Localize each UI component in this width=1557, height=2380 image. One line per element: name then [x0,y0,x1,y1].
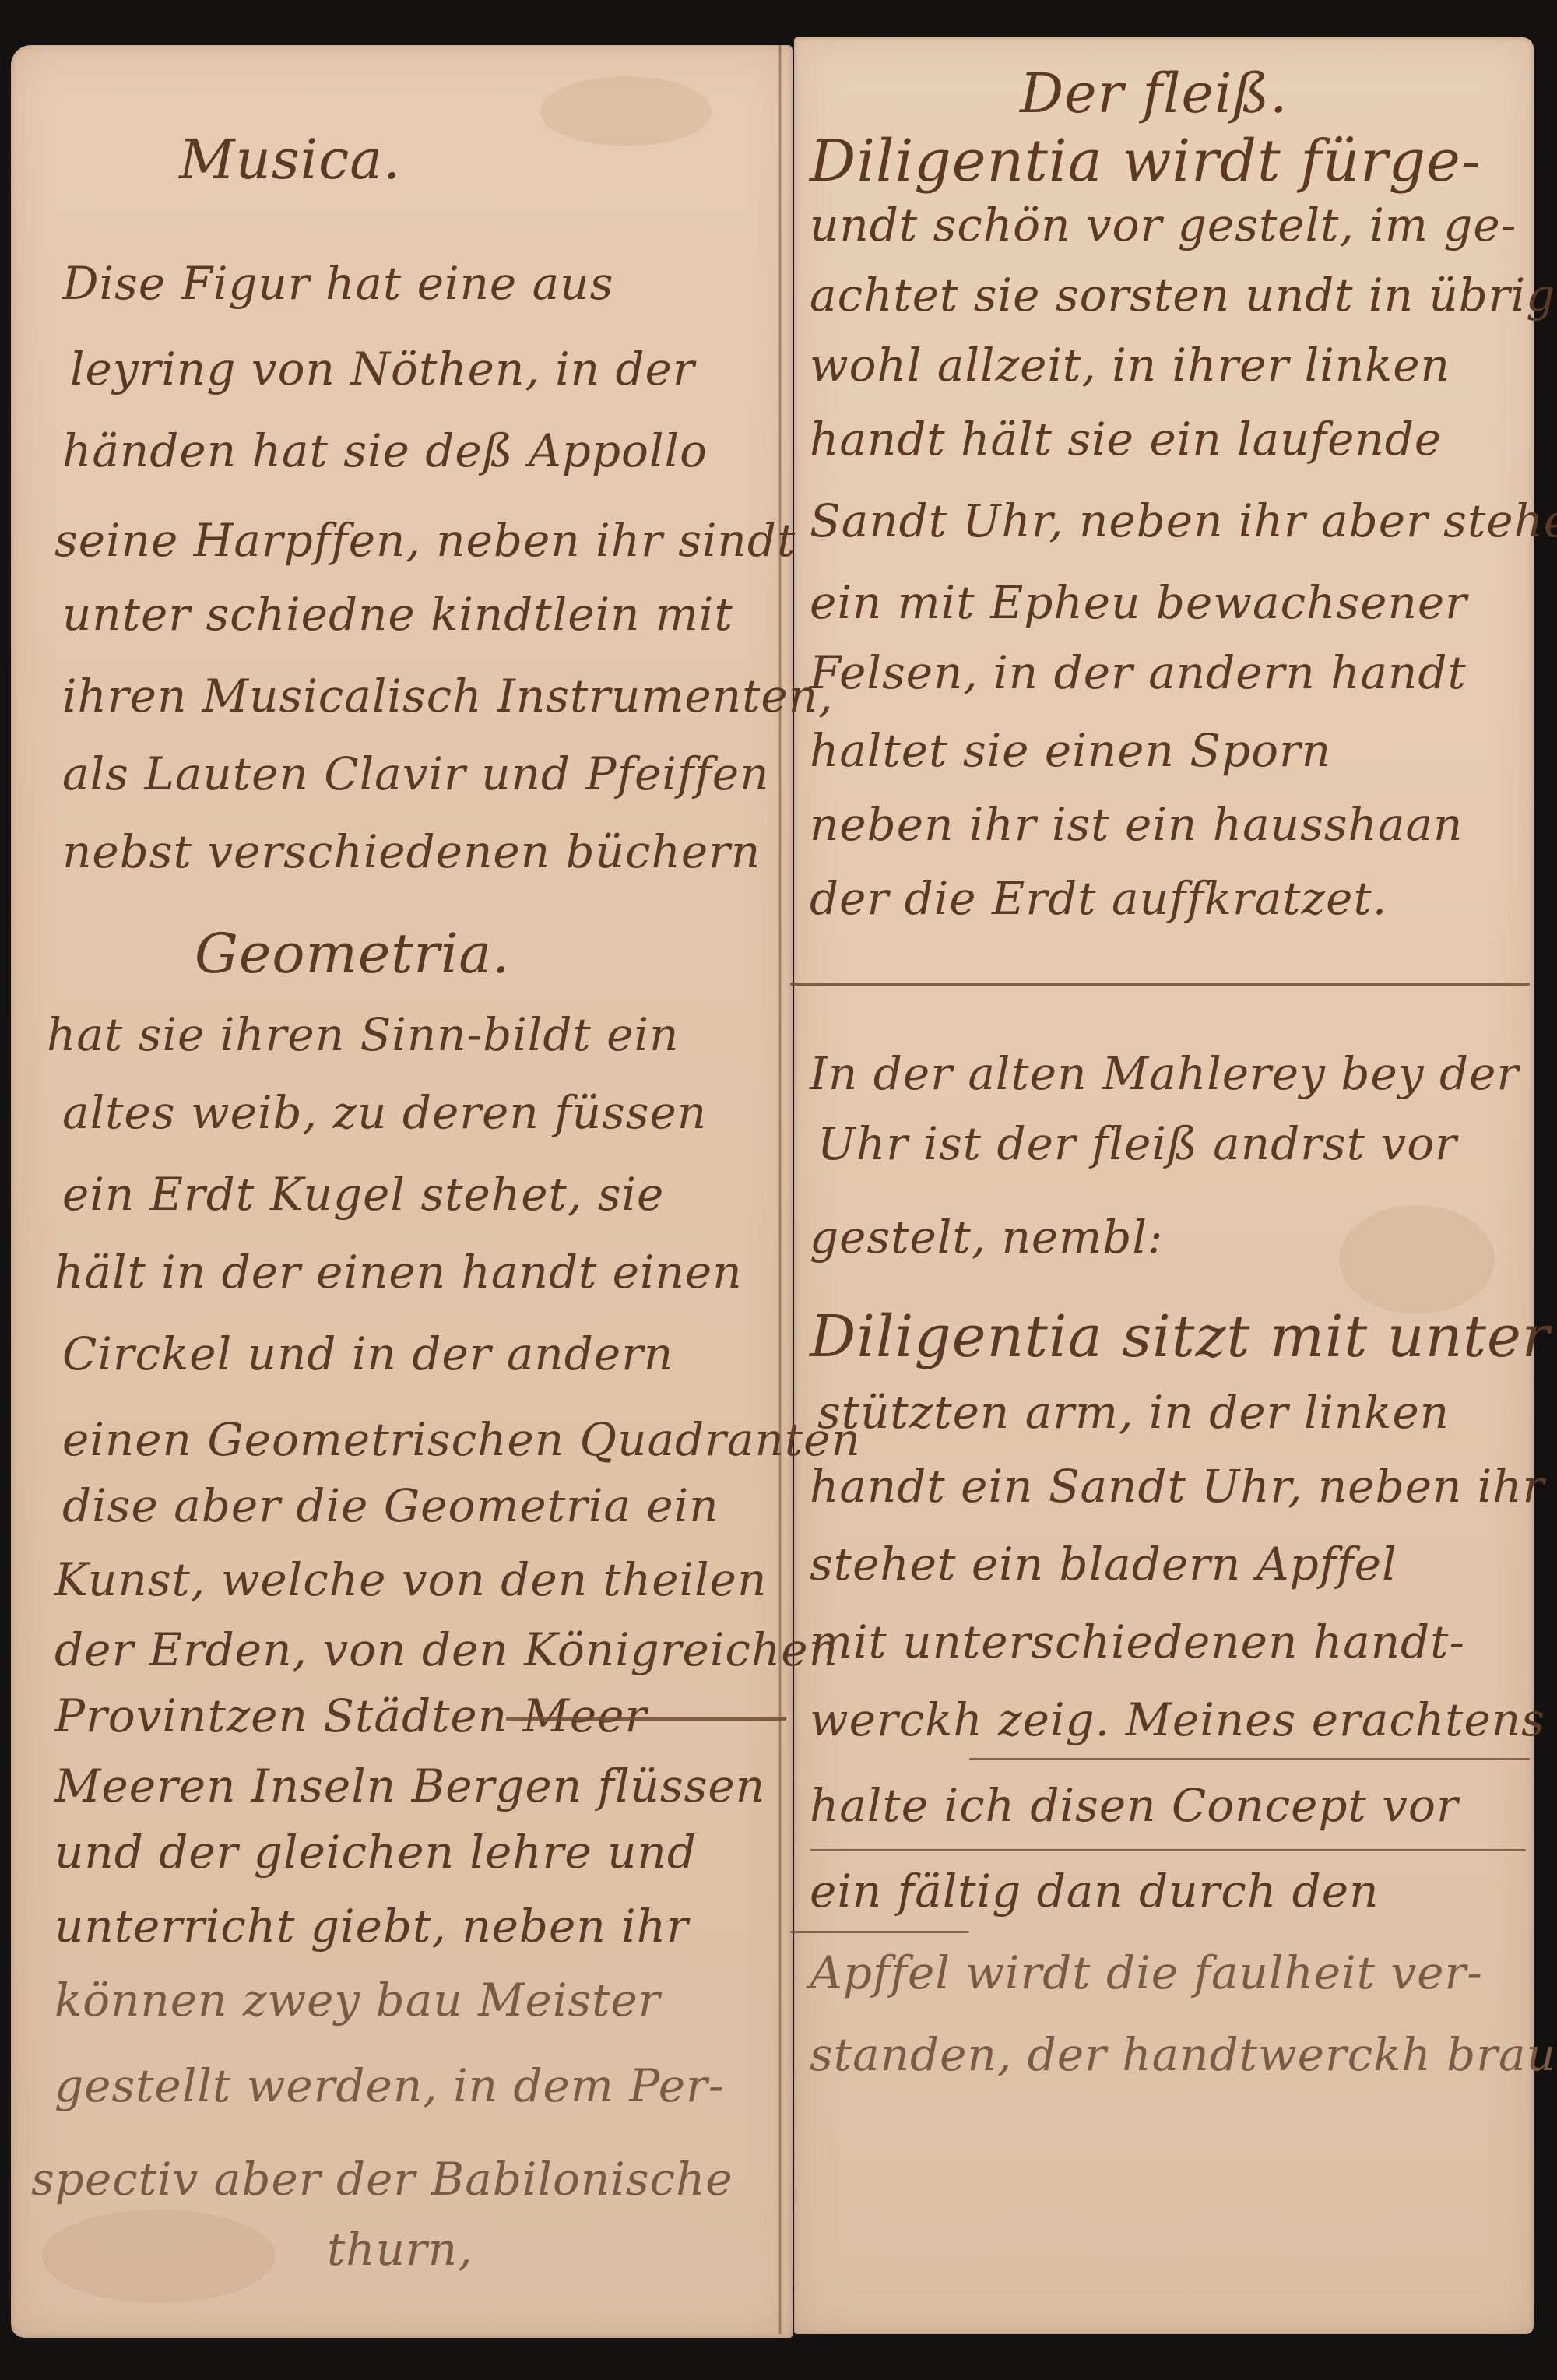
text-line: unterricht giebt, neben ihr [54,1904,689,1949]
text-line: thurn, [327,2227,473,2272]
text-line: ihren Musicalisch Instrumenten, [62,673,834,719]
text-line: der Erden, von den Königreichen [54,1627,838,1672]
text-line: neben ihr ist ein hausshaan [810,802,1463,847]
text-line: Dise Figur hat eine aus [62,261,613,306]
text-line: undt schön vor gestelt, im ge- [810,202,1517,248]
text-line: stützten arm, in der linken [817,1390,1450,1435]
text-line: nebst verschiedenen büchern [62,829,761,874]
text-line: Sandt Uhr, neben ihr aber stehet [810,498,1557,543]
text-line: werckh zeig. Meines erachtens [810,1697,1545,1742]
text-line: Felsen, in der andern handt [810,650,1467,695]
text-line: seine Harpffen, neben ihr sindt [54,518,796,563]
text-line: mit unterschiedenen handt- [810,1619,1465,1665]
text-line: als Lauten Clavir und Pfeiffen [62,751,769,796]
underline-mark [969,1758,1530,1760]
text-line: stehet ein bladern Apffel [810,1542,1397,1587]
text-line: und der gleichen lehre und [54,1830,697,1875]
text-line: Meeren Inseln Bergen flüssen [54,1763,765,1809]
paper-stain [42,2209,276,2303]
text-line: der die Erdt auffkratzet. [810,876,1387,921]
text-line: haltet sie einen Sporn [810,728,1331,773]
text-line: ein mit Epheu bewachsener [810,580,1467,625]
text-line: altes weib, zu deren füssen [62,1090,707,1135]
text-line: Apffel wirdt die faulheit ver- [810,1950,1483,1995]
text-line: spectiv aber der Babilonische [31,2157,733,2202]
text-line: In der alten Mahlerey bey der [810,1051,1519,1096]
paper-stain [540,76,712,146]
section-heading-geometria: Geometria. [195,926,510,981]
text-line: händen hat sie deß Appollo [62,428,708,473]
text-line: achtet sie sorsten undt in übrigen [810,272,1557,318]
underline-mark [810,1849,1526,1851]
text-line: leyring von Nöthen, in der [70,346,695,392]
text-line: hat sie ihren Sinn-bildt ein [47,1012,679,1057]
section-heading-der-fleiss: Der fleiß. [1020,66,1288,121]
text-line-with-strikethrough: Provintzen Städten Meer [54,1693,647,1738]
text-line: wohl allzeit, in ihrer linken [810,343,1450,388]
text-line: dise aber die Geometria ein [62,1483,719,1528]
text-line: gestellt werden, in dem Per- [54,2063,724,2108]
text-line: ein Erdt Kugel stehet, sie [62,1172,664,1217]
text-line: gestelt, nembl: [810,1215,1163,1260]
text-line: Kunst, welche von den theilen [54,1557,767,1602]
text-line: einen Geometrischen Quadranten [62,1417,861,1462]
text-line: hält in der einen handt einen [54,1250,743,1295]
text-line: können zwey bau Meister [54,1977,661,2023]
section-heading-musica: Musica. [179,132,401,187]
page-gutter [778,45,782,2334]
manuscript-spread: Musica. Dise Figur hat eine aus leyring … [0,0,1557,2380]
text-line: Circkel und in der andern [62,1331,673,1376]
text-line: unter schiedne kindtlein mit [62,592,733,637]
text-line: Diligentia sitzt mit unter [810,1308,1550,1366]
text-line: halte ich disen Concept vor [810,1783,1459,1828]
text-line: handt hält sie ein laufende [810,417,1442,462]
text-line: ein fältig dan durch den [810,1868,1379,1914]
strikethrough-mark [506,1717,786,1721]
text-line: Diligentia wirdt fürge- [810,132,1481,190]
paper-stain [1339,1205,1495,1314]
underline-mark [790,1931,969,1933]
text-line: Uhr ist der fleiß andrst vor [817,1121,1457,1166]
section-divider [790,983,1530,986]
text-line: standen, der handtwerckh braucht. [810,2032,1557,2077]
text-line: handt ein Sandt Uhr, neben ihr [810,1464,1545,1509]
